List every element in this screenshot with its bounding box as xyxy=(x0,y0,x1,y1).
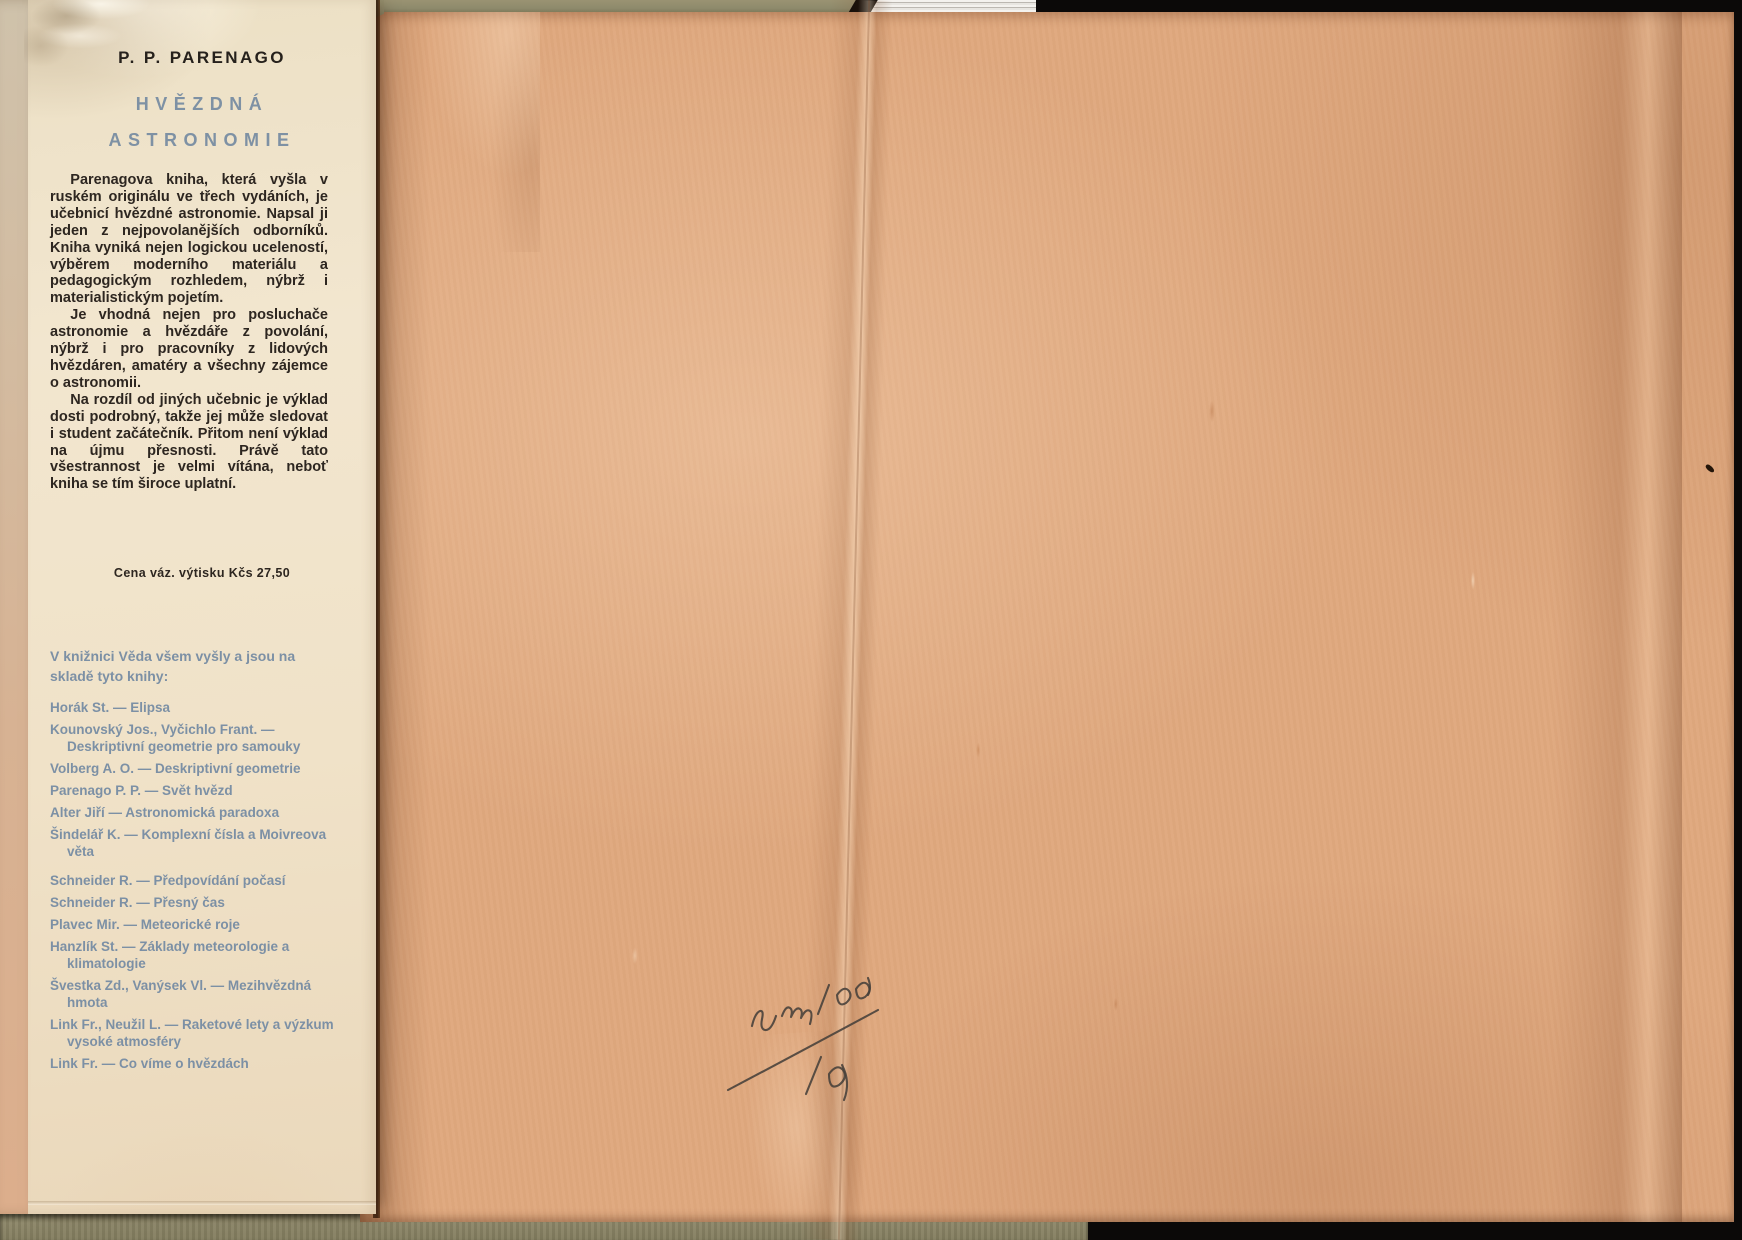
book-list-item: Švestka Zd., Vanýsek Vl. — Mezihvězdná h… xyxy=(50,977,340,1011)
book-list-item: Horák St. — Elipsa xyxy=(50,699,340,716)
pencil-digit-1-lower xyxy=(806,1057,821,1094)
book-list-item: Schneider R. — Předpovídání počasí xyxy=(50,872,340,889)
flap-paragraph: Na rozdíl od jiných učebnic je výklad do… xyxy=(50,392,328,493)
book-list-item: Alter Jiří — Astronomická paradoxa xyxy=(50,804,340,821)
flap-blurb: Parenagova kniha, která vyšla v ruském o… xyxy=(50,172,328,493)
book-list-item: Kounovský Jos., Vyčichlo Frant. — Deskri… xyxy=(50,721,340,755)
book-list-item: Link Fr. — Co víme o hvězdách xyxy=(50,1055,340,1072)
pencil-digit-0a xyxy=(837,989,850,1005)
pencil-letter-u xyxy=(752,1011,776,1030)
book-list-item: Volberg A. O. — Deskriptivní geometrie xyxy=(50,760,340,777)
pencil-digit-1 xyxy=(818,985,829,1014)
pencil-letter-m xyxy=(782,1007,812,1024)
book-list-item: Šindelář K. — Komplexní čísla a Moivreov… xyxy=(50,826,340,860)
flap-title-line-1: HVĚZDNÁ xyxy=(28,86,376,122)
book-list-item: Link Fr., Neužil L. — Raketové lety a vý… xyxy=(50,1016,340,1050)
book-scan: um 100 / 10 P. P. PARENAGO HVĚZDNÁ ASTRO… xyxy=(0,0,1742,1240)
flap-title-line-2: ASTRONOMIE xyxy=(28,122,376,158)
pencil-underline-stroke xyxy=(728,1010,878,1090)
flap-book-title: HVĚZDNÁ ASTRONOMIE xyxy=(28,86,376,158)
pencil-annotation: um 100 / 10 xyxy=(690,972,890,1122)
flap-paragraph: Je vhodná nejen pro posluchače astronomi… xyxy=(50,307,328,392)
book-list: Horák St. — Elipsa Kounovský Jos., Vyčic… xyxy=(50,699,340,1072)
book-list-item: Plavec Mir. — Meteorické roje xyxy=(50,916,340,933)
book-list-item: Hanzlík St. — Základy meteorologie a kli… xyxy=(50,938,340,972)
paper-speck xyxy=(1705,463,1716,473)
paper-wrinkle-top xyxy=(380,12,540,252)
page-curl-shading xyxy=(1552,12,1682,1222)
price-line: Cena váz. výtisku Kčs 27,50 xyxy=(28,566,376,580)
dust-jacket-flap: P. P. PARENAGO HVĚZDNÁ ASTRONOMIE Parena… xyxy=(28,0,376,1214)
flap-paragraph: Parenagova kniha, která vyšla v ruském o… xyxy=(50,172,328,307)
book-list-item: Schneider R. — Přesný čas xyxy=(50,894,340,911)
endpaper-page xyxy=(360,12,1734,1222)
series-heading: V knižnici Věda všem vyšly a jsou na skl… xyxy=(50,646,340,686)
flap-fold-line xyxy=(28,1201,376,1205)
flap-author: P. P. PARENAGO xyxy=(28,48,376,68)
book-list-item: Parenago P. P. — Svět hvězd xyxy=(50,782,340,799)
pencil-digit-0-lower xyxy=(829,1067,845,1086)
pencil-digit-0b xyxy=(856,983,869,999)
series-section: V knižnici Věda všem vyšly a jsou na skl… xyxy=(50,646,340,1077)
